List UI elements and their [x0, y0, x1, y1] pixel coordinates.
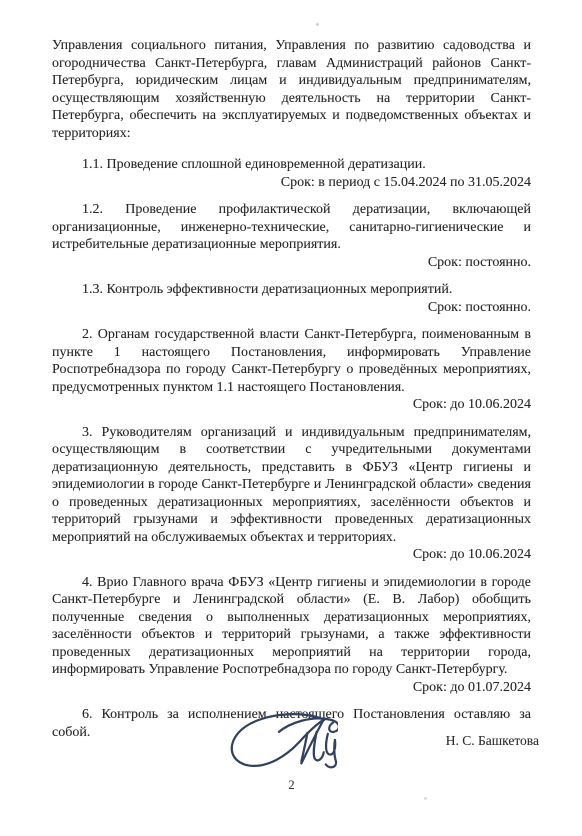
clause-1-3: 1.3. Контроль эффективности дератизацион… [52, 281, 531, 316]
clause-deadline: Срок: до 01.07.2024 [52, 679, 531, 697]
clause-2: 2. Органам государственной власти Санкт-… [52, 326, 531, 414]
clause-3: 3. Руководителям организаций и индивидуа… [52, 424, 531, 564]
clause-text: 1.1. Проведение сплошной единовременной … [52, 156, 531, 174]
signatory-name: Н. С. Башкетова [446, 733, 539, 749]
signature-icon [226, 710, 338, 772]
clause-deadline: Срок: до 10.06.2024 [52, 546, 531, 564]
document-body: Управления социального питания, Управлен… [52, 37, 531, 751]
clause-deadline: Срок: постоянно. [52, 299, 531, 317]
clause-text: 2. Органам государственной власти Санкт-… [52, 326, 531, 396]
clause-text: 4. Врио Главного врача ФБУЗ «Центр гигие… [52, 574, 531, 679]
clause-text: 3. Руководителям организаций и индивидуа… [52, 424, 531, 547]
clause-deadline: Срок: постоянно. [52, 254, 531, 272]
clause-1-1: 1.1. Проведение сплошной единовременной … [52, 156, 531, 191]
page-number: 2 [52, 778, 531, 793]
document-page: Управления социального питания, Управлен… [0, 0, 582, 836]
intro-paragraph: Управления социального питания, Управлен… [52, 37, 531, 142]
clause-deadline: Срок: в период с 15.04.2024 по 31.05.202… [52, 174, 531, 192]
clause-deadline: Срок: до 10.06.2024 [52, 396, 531, 414]
clause-4: 4. Врио Главного врача ФБУЗ «Центр гигие… [52, 574, 531, 697]
scan-speck [316, 23, 319, 26]
scan-speck [424, 797, 427, 800]
signature-block: Н. С. Башкетова [52, 708, 531, 780]
clause-1-2: 1.2. Проведение профилактической дератиз… [52, 201, 531, 271]
clause-text: 1.3. Контроль эффективности дератизацион… [52, 281, 531, 299]
clause-text: 1.2. Проведение профилактической дератиз… [52, 201, 531, 254]
